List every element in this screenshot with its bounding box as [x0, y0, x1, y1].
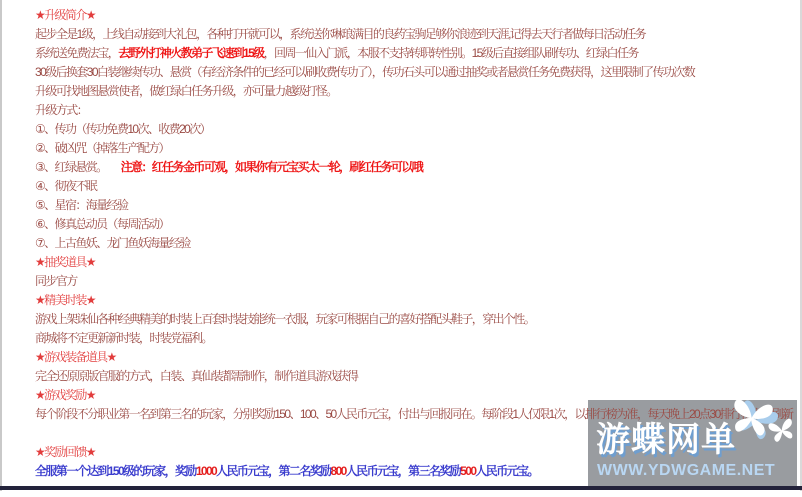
page-left-border	[0, 0, 2, 491]
reward-text: 全服第一个达到150级的玩家，奖励	[35, 464, 196, 478]
list-item: ②、破凶咒（掉落生产配方）	[35, 139, 802, 158]
methods-label: 升级方式：	[35, 101, 802, 120]
reward-text: 人民币元宝。	[475, 464, 537, 478]
announcement-page: ★升级简介★ 起步全是1级，上线自动接到大礼包，各种打开就可以，系统送你琳琅满目…	[0, 0, 802, 497]
butterfly-icon	[765, 413, 798, 446]
watermark-logo-text: 游蝶网单	[596, 422, 736, 458]
highlight-text: 注意：红任务金币可观，如果你有元宝买太一轮，刷红任务可以哦	[121, 160, 423, 174]
section-heading-equipment: ★游戏装备道具★	[35, 348, 802, 367]
paragraph: 游戏上架诛仙各种经典精美的时装上百套时装技能统一衣服，玩家可根据自己的喜好搭配头…	[35, 310, 802, 329]
list-item: ⑦、上古鱼妖、龙门鱼妖海量经验	[35, 234, 802, 253]
reward-number: 1000	[196, 464, 216, 478]
list-item: ⑥、修真总动员（每周活动）	[35, 215, 802, 234]
section-heading-fashion: ★精美时装★	[35, 291, 802, 310]
reward-text: 人民币元宝，第三名奖励	[346, 464, 460, 478]
paragraph: 系统送免费法宝，去野外打神火教弟子飞速到15级，回周一仙入门派，本服不支持转职转…	[35, 44, 802, 63]
watermark-site-url: WWW.YDWGAME.NET	[597, 462, 775, 480]
list-item: ④、彻夜不眠	[35, 177, 802, 196]
paragraph: 商城将不定更新新时装，时装党福利。	[35, 329, 802, 348]
list-item: ③、红绿悬赏。注意：红任务金币可观，如果你有元宝买太一轮，刷红任务可以哦	[35, 158, 802, 177]
reward-text: 人民币元宝，第二名奖励	[216, 464, 330, 478]
list-item: ①、传功（传功免费10次、收费20次）	[35, 120, 802, 139]
section-heading-upgrade: ★升级简介★	[35, 6, 802, 25]
list-item: ⑤、星宿：海量经验	[35, 196, 802, 215]
list-item-text: ③、红绿悬赏。	[35, 160, 107, 174]
paragraph: 起步全是1级，上线自动接到大礼包，各种打开就可以，系统送你琳琅满目的良药宝驹足够…	[35, 25, 802, 44]
reward-number: 800	[331, 464, 346, 478]
paragraph: 30级后换套30白装继续传功、悬赏（有经济条件的已经可以刷收费传功了），传功石头…	[35, 63, 802, 82]
watermark: 游蝶网单 WWW.YDWGAME.NET	[588, 400, 797, 488]
page-bottom-border	[0, 486, 802, 490]
paragraph-text: 系统送免费法宝，	[35, 46, 118, 60]
paragraph: 升级可找地图悬赏使者，做红绿白任务升级，亦可量力越级打怪。	[35, 82, 802, 101]
paragraph: 同步官方	[35, 272, 802, 291]
paragraph: 完全还原原版官服的方式，白装、真仙装都需制作，制作道具游戏获得	[35, 367, 802, 386]
paragraph-text: ，回周一仙入门派，本服不支持转职转性别。15级后直接组队刷传功、红绿白任务	[264, 46, 638, 60]
highlight-text: 去野外打神火教弟子飞速到15级	[118, 46, 263, 60]
reward-number: 500	[460, 464, 475, 478]
section-heading-lottery: ★抽奖道具★	[35, 253, 802, 272]
